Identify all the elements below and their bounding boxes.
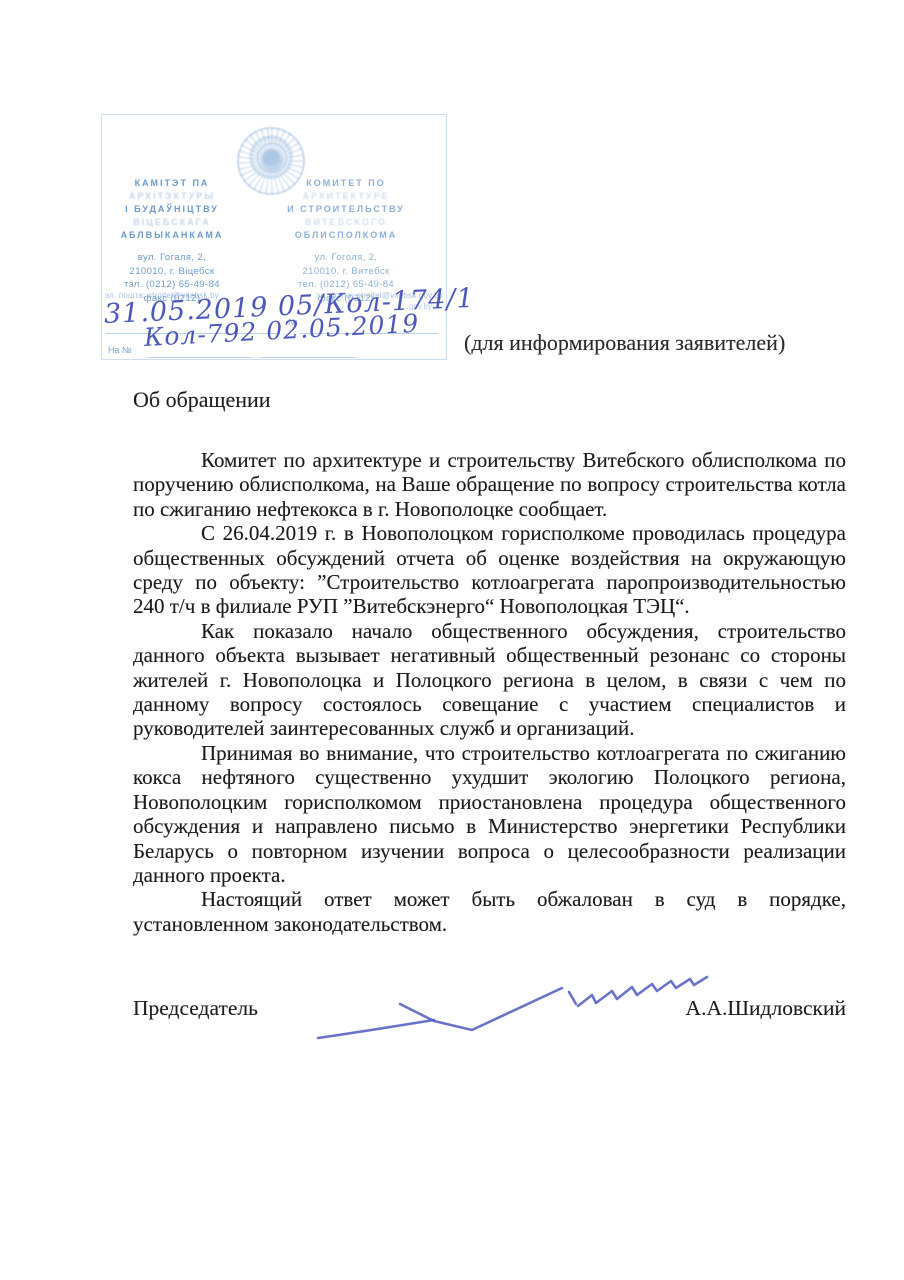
stamp-address-line: вул. Гогаля, 2, <box>106 251 238 265</box>
stamp-line: ВИТЕБСКОГО <box>280 216 412 230</box>
signatory-title: Председатель <box>133 996 258 1021</box>
letter-subject: Об обращении <box>133 387 271 413</box>
stamp-address-line: ул. Гоголя, 2, <box>280 251 412 265</box>
letter-body: Комитет по архитектуре и строительству В… <box>133 448 846 936</box>
scanned-letter-page: КАМІТЭТ ПА АРХІТЭКТУРЫ І БУДАЎНІЦТВУ ВІЦ… <box>0 0 904 1280</box>
stamp-line: ОБЛИСПОЛКОМА <box>280 229 412 243</box>
ref-underline <box>148 356 252 358</box>
ref-on-number-label: На № <box>108 345 132 355</box>
letter-paragraph: Настоящий ответ может быть обжалован в с… <box>133 887 846 936</box>
stamp-line: АБЛВЫКАНКАМА <box>106 229 238 243</box>
stamp-line: АРХИТЕКТУРЕ <box>280 190 412 204</box>
letter-paragraph: Принимая во внимание, что строительство … <box>133 741 846 887</box>
letter-paragraph: С 26.04.2019 г. в Новополоцком горисполк… <box>133 521 846 619</box>
stamp-line: КОМИТЕТ ПО <box>280 177 412 191</box>
handwritten-signature <box>310 972 710 1072</box>
official-stamp: КАМІТЭТ ПА АРХІТЭКТУРЫ І БУДАЎНІЦТВУ ВІЦ… <box>101 114 447 360</box>
letter-paragraph: Комитет по архитектуре и строительству В… <box>133 448 846 521</box>
stamp-address-line: 210010, г. Віцебск <box>106 265 238 279</box>
stamp-line: КАМІТЭТ ПА <box>106 177 238 191</box>
letter-paragraph: Как показало начало общественного обсужд… <box>133 619 846 741</box>
stamp-line: І БУДАЎНІЦТВУ <box>106 203 238 217</box>
stamp-address-line: тэл. (0212) 65-49-84 <box>106 278 238 292</box>
stamp-line: И СТРОИТЕЛЬСТВУ <box>280 203 412 217</box>
stamp-address-line: 210010, г. Витебск <box>280 265 412 279</box>
stamp-line: АРХІТЭКТУРЫ <box>106 190 238 204</box>
ref-underline <box>260 356 356 358</box>
annotation-note: (для информирования заявителей) <box>464 330 785 356</box>
stamp-left-column: КАМІТЭТ ПА АРХІТЭКТУРЫ І БУДАЎНІЦТВУ ВІЦ… <box>106 177 238 305</box>
stamp-line: ВІЦЕБСКАГА <box>106 216 238 230</box>
